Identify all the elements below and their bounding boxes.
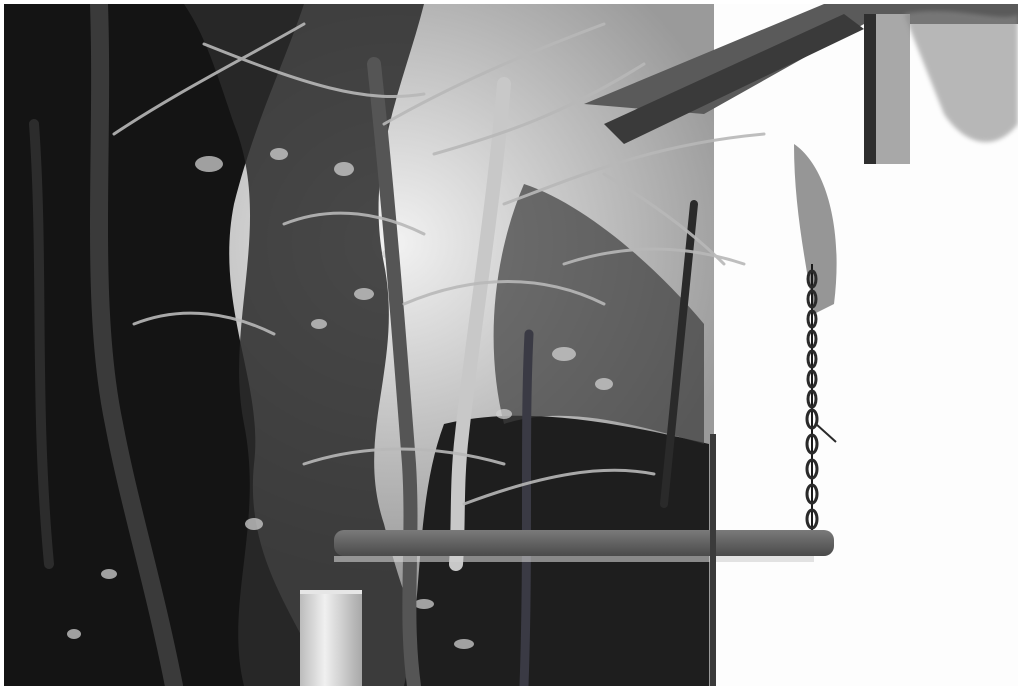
wall-edge [710, 434, 716, 686]
wooden-beam [334, 530, 834, 562]
wooden-post [300, 590, 362, 686]
photograph: Black-and-white photograph of dense over… [4, 4, 1018, 686]
